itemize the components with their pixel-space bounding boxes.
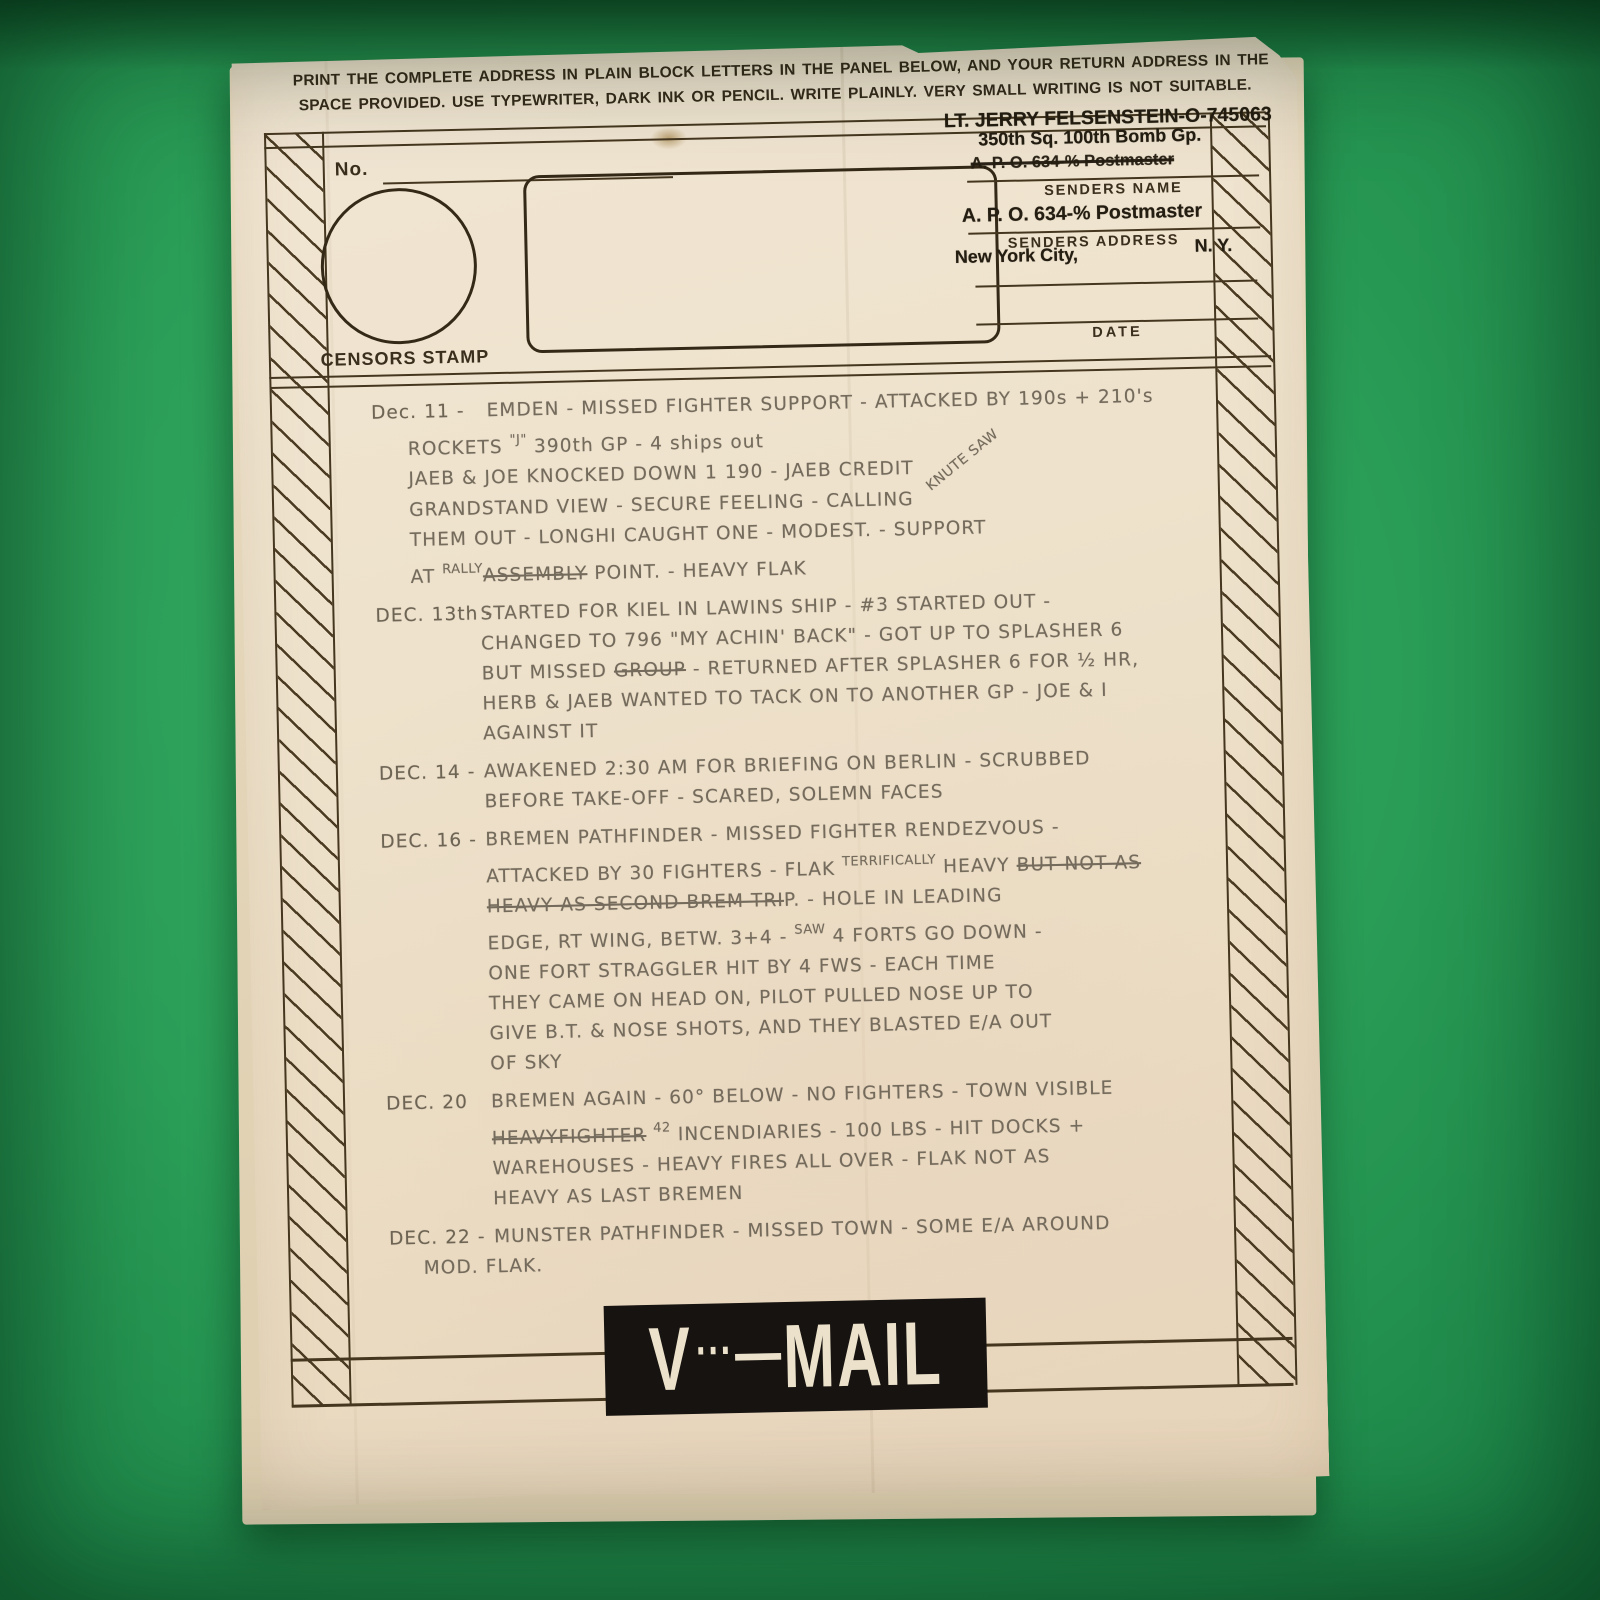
entry-text: BUT NOT AS	[1016, 852, 1141, 876]
vmail-logo-box: V···—MAIL	[604, 1298, 988, 1416]
entry-text: OF SKY	[490, 1052, 563, 1075]
entry-text: 4 FORTS GO DOWN -	[825, 921, 1043, 947]
censors-stamp-label: CENSORS STAMP	[295, 346, 515, 372]
diary-entry: DEC. 22 -MUNSTER PATHFINDER - MISSED TOW…	[389, 1206, 1250, 1285]
no-label: No.	[335, 159, 369, 182]
entry-text: HEAVY AS LAST BREMEN	[493, 1183, 744, 1209]
entry-date: DEC. 16 -	[380, 825, 486, 857]
entry-text: P. - HOLE IN LEADING	[784, 885, 1003, 911]
entry-text: BUT MISSED	[482, 661, 615, 685]
entry-date: DEC. 22 -	[389, 1222, 495, 1254]
logo-morse-dash: —	[734, 1313, 782, 1389]
logo-morse-dots: ···	[695, 1323, 733, 1379]
entry-text: ASSEMBLY	[483, 563, 588, 586]
entry-text: HEAVYFIGHTER	[492, 1125, 647, 1149]
entry-text: POINT. - HEAVY FLAK	[587, 558, 807, 584]
entry-text: MOD. FLAK.	[424, 1255, 544, 1279]
diary-entry: Dec. 11 -EMDEN - MISSED FIGHTER SUPPORT …	[371, 380, 1235, 594]
entry-date: DEC. 14 -	[379, 757, 485, 789]
hatched-border-left	[264, 132, 352, 1407]
diary-entry: DEC. 16 -BREMEN PATHFINDER - MISSED FIGH…	[380, 809, 1245, 1082]
entry-text: 42	[653, 1120, 671, 1135]
vmail-form-paper: PRINT THE COMPLETE ADDRESS IN PLAIN BLOC…	[228, 35, 1329, 1510]
entry-text: RALLY	[442, 561, 483, 577]
entry-text: BEFORE TAKE-OFF - SCARED, SOLEMN FACES	[484, 781, 943, 812]
diary-entry: DEC. 20BREMEN AGAIN - 60° BELOW - NO FIG…	[386, 1071, 1249, 1217]
vmail-logo: V···—MAIL	[648, 1302, 944, 1411]
entry-text: EDGE, RT WING, BETW. 3+4 -	[487, 927, 794, 955]
logo-letter-v: V	[648, 1309, 694, 1410]
entry-text: AGAINST IT	[483, 721, 599, 745]
diary-entries: Dec. 11 -EMDEN - MISSED FIGHTER SUPPORT …	[371, 380, 1250, 1293]
entry-text: JAEB & JOE KNOCKED DOWN 1 190 - JAEB CRE…	[408, 458, 921, 490]
logo-word-mail: MAIL	[782, 1304, 944, 1408]
entry-text: HEAVY	[936, 855, 1017, 878]
sender-city-stamp: New York City,	[955, 244, 1078, 268]
sender-state-stamp: N. Y.	[1194, 235, 1232, 257]
entry-text: HEAVY AS SECOND BREM TRI	[487, 890, 785, 917]
diary-entry: DEC. 14 -AWAKENED 2:30 AM FOR BRIEFING O…	[379, 741, 1240, 820]
entry-text: GROUP	[614, 659, 686, 682]
address-panel	[523, 165, 1001, 353]
diary-entry: DEC. 13th -STARTED FOR KIEL IN LAWINS SH…	[375, 583, 1238, 752]
sender-crossed-out-stamp: A. P. O. 634-% Postmaster	[971, 150, 1175, 173]
censor-stamp-circle	[319, 186, 478, 345]
entry-text: AT	[410, 566, 442, 588]
entry-date: Dec. 11 -	[371, 397, 465, 429]
entry-text: ATTACKED BY 30 FIGHTERS - FLAK	[486, 859, 842, 888]
entry-text: "J"	[509, 432, 527, 447]
entry-text: INCENDIARIES - 100 LBS - HIT DOCKS +	[671, 1115, 1086, 1145]
entry-text: - RETURNED AFTER SPLASHER 6 FOR ½ HR,	[686, 649, 1140, 680]
entry-date: DEC. 20	[386, 1087, 492, 1119]
entry-date: DEC. 13th -	[375, 599, 481, 631]
sender-apo-stamp: A. P. O. 634-% Postmaster	[962, 200, 1203, 228]
entry-text: ROCKETS	[408, 437, 510, 460]
sender-unit-stamp: 350th Sq. 100th Bomb Gp.	[978, 125, 1201, 151]
entry-text: 390th GP - 4 ships out	[527, 431, 764, 457]
entry-text: TERRIFICALLY	[842, 853, 936, 870]
entry-text: SAW	[794, 922, 825, 938]
